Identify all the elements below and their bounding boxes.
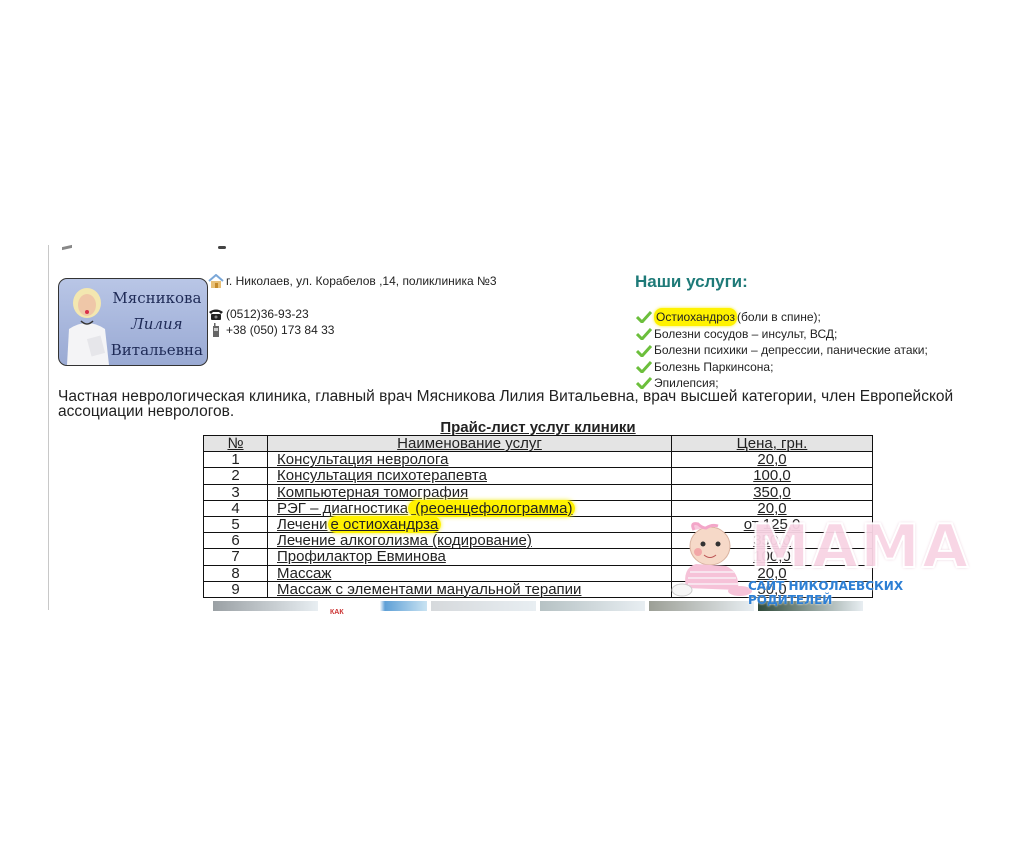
service-highlight: Остиохандроз [654, 308, 737, 326]
thumbnail-image[interactable] [649, 601, 754, 611]
header-service-name: Наименование услуг [268, 436, 672, 452]
row-price: от 125,0 [672, 516, 873, 532]
mobile-text: +38 (050) 173 84 33 [226, 323, 334, 337]
clinic-description: Частная неврологическая клиника, главный… [58, 389, 968, 419]
services-list: Остиохандроз (боли в спине); Болезни сос… [636, 308, 928, 391]
service-name-text: Консультация невролога [277, 451, 448, 468]
check-icon [636, 311, 652, 323]
service-name-highlight: (реоенцефолограмма) [408, 500, 575, 517]
table-row: 6Лечение алкоголизма (кодирование)350,0 [204, 533, 873, 549]
thumbnail-image[interactable] [540, 601, 645, 611]
phone-line: (0512)36-93-23 [208, 307, 309, 321]
doctor-patronymic: Витальевна [111, 337, 203, 363]
row-service-name: Массаж с элементами мануальной терапии [268, 581, 672, 597]
header-number: № [204, 436, 268, 452]
row-service-name: Лечение алкоголизма (кодирование) [268, 533, 672, 549]
row-number: 2 [204, 468, 268, 484]
thumbnail-image[interactable] [431, 601, 536, 611]
row-service-name: РЭГ – диагностика (реоенцефолограмма) [268, 500, 672, 516]
table-row: 9Массаж с элементами мануальной терапии5… [204, 581, 873, 597]
check-icon [636, 328, 652, 340]
service-text: (боли в спине); [737, 309, 821, 325]
service-name-text: РЭГ – диагностика [277, 500, 408, 517]
service-name-text: Профилактор Евминова [277, 548, 446, 565]
telephone-icon [208, 307, 224, 321]
service-item[interactable]: Болезни психики – депрессии, панические … [636, 342, 928, 358]
doctor-card[interactable]: Мясникова Лилия Витальевна [58, 278, 208, 366]
service-name-text: Лечени [277, 516, 328, 533]
row-number: 4 [204, 500, 268, 516]
check-icon [636, 345, 652, 357]
table-header-row: № Наименование услуг Цена, грн. [204, 436, 873, 452]
row-service-name: Консультация психотерапевта [268, 468, 672, 484]
row-price: 350,0 [672, 533, 873, 549]
row-service-name: Лечение остиохандрза [268, 516, 672, 532]
service-item[interactable]: Болезнь Паркинсона; [636, 359, 928, 375]
cropped-fragment [218, 246, 226, 249]
row-service-name: Консультация невролога [268, 452, 672, 468]
table-row: 5Лечение остиохандрзаот 125,0 [204, 516, 873, 532]
service-text: Болезнь Паркинсона; [654, 359, 773, 375]
doctor-first-name: Лилия [111, 311, 203, 337]
row-price: 100,0 [672, 549, 873, 565]
page-border-line [48, 245, 49, 610]
doctor-name: Мясникова Лилия Витальевна [111, 285, 203, 363]
service-name-text: Массаж с элементами мануальной терапии [277, 581, 581, 598]
mobile-line: +38 (050) 173 84 33 [208, 323, 334, 337]
row-number: 3 [204, 484, 268, 500]
service-name-highlight: е остиохандрза [328, 516, 442, 533]
service-text: Болезни сосудов – инсульт, ВСД; [654, 326, 837, 342]
service-name-text: Массаж [277, 565, 331, 582]
row-service-name: Профилактор Евминова [268, 549, 672, 565]
mobile-phone-icon [208, 323, 224, 337]
row-service-name: Компьютерная томография [268, 484, 672, 500]
thumbnail-image[interactable]: КАК [322, 601, 427, 611]
check-icon [636, 361, 652, 373]
table-row: 2Консультация психотерапевта100,0 [204, 468, 873, 484]
row-price: 20,0 [672, 452, 873, 468]
table-row: 1Консультация невролога20,0 [204, 452, 873, 468]
price-list-title-text: Прайс-лист услуг клиники [440, 419, 635, 436]
row-number: 6 [204, 533, 268, 549]
row-price: 50,0 [672, 581, 873, 597]
phone-text: (0512)36-93-23 [226, 307, 309, 321]
thumbnail-image[interactable] [758, 601, 863, 611]
price-list-title: Прайс-лист услуг клиники [203, 419, 873, 436]
price-table: № Наименование услуг Цена, грн. 1Консуль… [203, 435, 873, 598]
table-row: 4РЭГ – диагностика (реоенцефолограмма)20… [204, 500, 873, 516]
row-service-name: Массаж [268, 565, 672, 581]
thumbnail-strip: КАК [213, 601, 863, 611]
header-price: Цена, грн. [672, 436, 873, 452]
row-number: 7 [204, 549, 268, 565]
table-row: 8Массаж20,0 [204, 565, 873, 581]
address-line: г. Николаев, ул. Корабелов ,14, поликлин… [208, 274, 497, 288]
row-price: 350,0 [672, 484, 873, 500]
service-item[interactable]: Остиохандроз (боли в спине); [636, 308, 928, 326]
row-number: 1 [204, 452, 268, 468]
service-item[interactable]: Болезни сосудов – инсульт, ВСД; [636, 326, 928, 342]
service-name-text: Лечение алкоголизма (кодирование) [277, 532, 532, 549]
thumbnail-label: КАК [330, 609, 344, 616]
doctor-surname: Мясникова [111, 285, 203, 311]
row-price: 20,0 [672, 500, 873, 516]
cropped-fragment [62, 245, 72, 250]
home-icon [208, 274, 224, 288]
row-price: 20,0 [672, 565, 873, 581]
address-text: г. Николаев, ул. Корабелов ,14, поликлин… [226, 274, 497, 288]
service-name-text: Компьютерная томография [277, 484, 468, 501]
row-number: 9 [204, 581, 268, 597]
row-price: 100,0 [672, 468, 873, 484]
service-name-text: Консультация психотерапевта [277, 467, 487, 484]
row-number: 5 [204, 516, 268, 532]
services-title: Наши услуги: [635, 272, 748, 292]
row-number: 8 [204, 565, 268, 581]
table-row: 3Компьютерная томография350,0 [204, 484, 873, 500]
table-row: 7Профилактор Евминова100,0 [204, 549, 873, 565]
service-text: Болезни психики – депрессии, панические … [654, 342, 928, 358]
thumbnail-image[interactable] [213, 601, 318, 611]
